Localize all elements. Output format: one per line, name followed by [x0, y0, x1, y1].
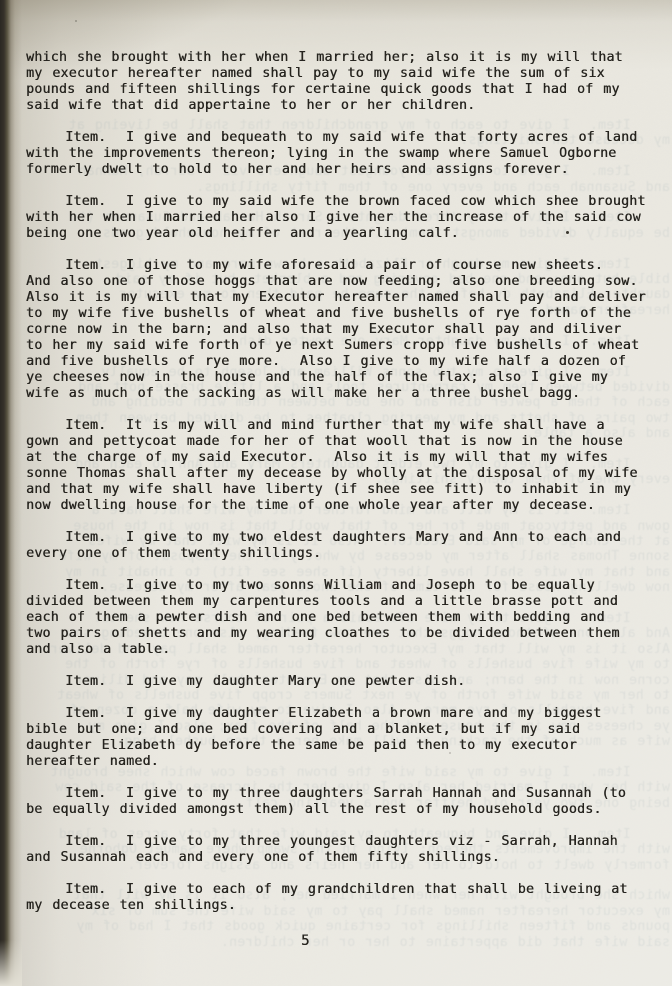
paragraph-item-mary-pewter-dish: Item. I give my daughter Mary one pewter…	[26, 674, 670, 690]
paragraph-item-youngest-daughters: Item. I give to my three youngest daught…	[26, 834, 670, 866]
paragraph-item-sheets-and-grain: Item. I give to my wife aforesaid a pair…	[26, 258, 670, 402]
ink-speck	[566, 231, 569, 234]
paragraph-item-household-goods: Item. I give to my three daughters Sarra…	[26, 786, 670, 818]
ink-speck	[75, 20, 77, 22]
scanned-page: Item. I give to each of my grandchildren…	[0, 0, 672, 986]
ink-speck	[449, 752, 451, 754]
paragraph-item-elizabeth-mare: Item. I give my daughter Elizabeth a bro…	[26, 706, 670, 770]
page-number: 5	[301, 933, 309, 949]
paragraph-item-grandchildren: Item. I give to each of my grandchildren…	[26, 882, 670, 914]
paragraph-item-forty-acres: Item. I give and bequeath to my said wif…	[26, 130, 670, 178]
page-text: which she brought with her when I marrie…	[26, 50, 670, 930]
paragraph-item-brown-faced-cow: Item. I give to my said wife the brown f…	[26, 194, 670, 242]
paragraph-item-gown-and-house: Item. It is my will and mind further tha…	[26, 418, 670, 514]
book-gutter-shadow	[0, 0, 22, 986]
paragraph-continuation: which she brought with her when I marrie…	[26, 50, 670, 114]
paragraph-item-eldest-daughters: Item. I give to my two eldest daughters …	[26, 530, 670, 562]
paragraph-item-two-sonns: Item. I give to my two sonns William and…	[26, 578, 670, 658]
